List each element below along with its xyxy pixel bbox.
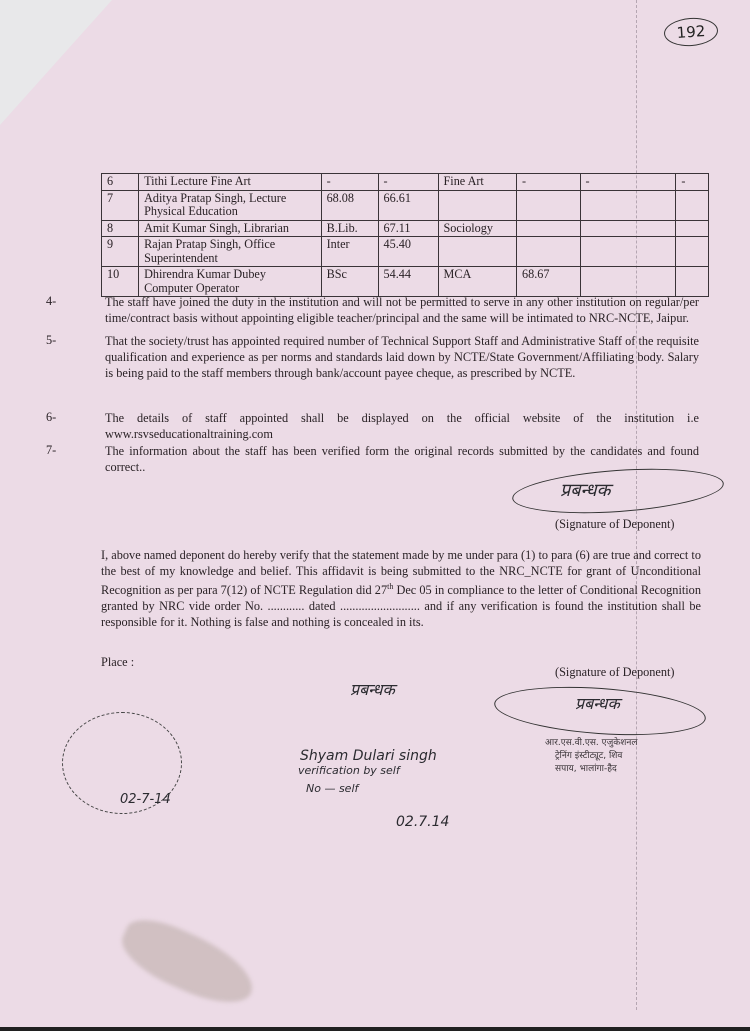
handwritten-no: No — self [306,782,358,795]
table-cell-qual2 [438,237,517,267]
para-number-4: 4- [46,294,56,309]
para-number-5: 5- [46,333,56,348]
table-cell-qual1: - [321,174,378,191]
table-cell-c6: - [580,174,676,191]
table-row: 10Dhirendra Kumar Dubey Computer Operato… [102,267,709,297]
table-row: 6Tithi Lecture Fine Art--Fine Art--- [102,174,709,191]
table-cell-pct2 [517,237,581,267]
table-cell-c7: - [676,174,709,191]
table-cell-qual2 [438,190,517,220]
table-cell-qual1: Inter [321,237,378,267]
table-cell-name: Amit Kumar Singh, Librarian [139,220,321,237]
place-label: Place : [101,655,134,670]
table-cell-pct1: 45.40 [378,237,438,267]
table-cell-pct1: 66.61 [378,190,438,220]
page-number: 192 [663,16,719,48]
table-cell-sno: 10 [102,267,139,297]
table-cell-c7 [676,237,709,267]
table-cell-name: Dhirendra Kumar Dubey Computer Operator [139,267,321,297]
deponent-signature-1: प्रबन्धक [560,478,610,502]
institution-stamp-line-2: ट्रेनिंग इंस्टीट्यूट, शिव [555,748,622,761]
table-cell-name: Tithi Lecture Fine Art [139,174,321,191]
para-number-7: 7- [46,443,56,458]
table-row: 9Rajan Pratap Singh, Office Superintende… [102,237,709,267]
table-cell-sno: 8 [102,220,139,237]
table-cell-sno: 7 [102,190,139,220]
table-cell-c7 [676,190,709,220]
para-number-6: 6- [46,410,56,425]
table-cell-pct1: - [378,174,438,191]
handwritten-verification: verification by self [298,764,400,777]
handwritten-identifier: Shyam Dulari singh [300,748,437,764]
table-cell-c6 [580,220,676,237]
table-cell-qual2: MCA [438,267,517,297]
table-cell-pct2: - [517,174,581,191]
signature-label-2: (Signature of Deponent) [555,665,675,680]
scan-edge [0,1027,750,1031]
verification-paragraph: I, above named deponent do hereby verify… [101,547,701,630]
paragraph-5: That the society/trust has appointed req… [105,333,699,381]
table-cell-pct1: 54.44 [378,267,438,297]
paragraph-6: The details of staff appointed shall be … [105,410,699,442]
paper-stain [113,909,263,1016]
table-cell-sno: 9 [102,237,139,267]
table-cell-c7 [676,267,709,297]
folded-corner [0,0,112,125]
institution-stamp-line-1: आर.एस.वी.एस. एजुकेशनल [545,735,637,748]
table-cell-qual1: BSc [321,267,378,297]
deponent-signature-2: प्रबन्धक [575,692,620,714]
table-cell-c6 [580,237,676,267]
table-cell-name: Aditya Pratap Singh, Lecture Physical Ed… [139,190,321,220]
table-cell-pct2 [517,190,581,220]
paragraph-4: The staff have joined the duty in the in… [105,294,699,326]
staff-table: 6Tithi Lecture Fine Art--Fine Art---7Adi… [101,173,709,297]
witness-signature: प्रबन्धक [350,678,395,700]
table-cell-qual2: Sociology [438,220,517,237]
table-cell-qual1: B.Lib. [321,220,378,237]
table-cell-pct2 [517,220,581,237]
stamp-date: 02-7-14 [120,792,171,807]
table-cell-qual1: 68.08 [321,190,378,220]
table-row: 8Amit Kumar Singh, LibrarianB.Lib.67.11S… [102,220,709,237]
table-cell-pct2: 68.67 [517,267,581,297]
signature-label-1: (Signature of Deponent) [555,517,675,532]
table-cell-name: Rajan Pratap Singh, Office Superintenden… [139,237,321,267]
table-cell-c6 [580,267,676,297]
table-cell-c6 [580,190,676,220]
table-cell-pct1: 67.11 [378,220,438,237]
handwritten-date: 02.7.14 [396,814,449,830]
table-cell-sno: 6 [102,174,139,191]
institution-stamp-line-3: सपाय, भालांगा-हैद [555,761,617,774]
table-cell-c7 [676,220,709,237]
table-row: 7Aditya Pratap Singh, Lecture Physical E… [102,190,709,220]
table-cell-qual2: Fine Art [438,174,517,191]
